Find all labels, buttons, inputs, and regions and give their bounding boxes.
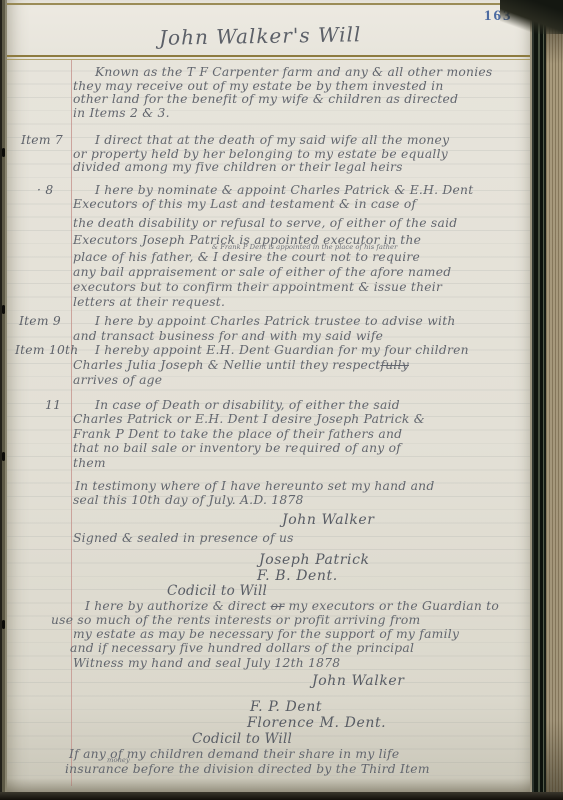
manuscript-line: in Items 2 & 3. <box>73 107 170 119</box>
manuscript-line: In case of Death or disability, of eithe… <box>95 399 400 411</box>
manuscript-line: Witness my hand and seal July 12th 1878 <box>73 657 340 669</box>
page-bottom-shadow <box>7 778 530 792</box>
manuscript-line: other land for the benefit of my wife & … <box>73 93 458 105</box>
witness-signature: F. B. Dent. <box>257 569 338 583</box>
manuscript-line: insurance before the division directed b… <box>65 763 430 775</box>
manuscript-line: Signed & sealed in presence of us <box>73 532 294 544</box>
cover-corner <box>500 0 563 34</box>
manuscript-line: I here by authorize & direct or my execu… <box>85 600 499 612</box>
testator-signature: John Walker <box>312 674 405 688</box>
manuscript-line: Known as the T F Carpenter farm and any … <box>95 66 492 78</box>
manuscript-line: use so much of the rents interests or pr… <box>51 614 420 626</box>
scanned-ledger-photo: John Walker's Will 163 Known as the T F … <box>0 0 563 800</box>
manuscript-line: divided among my five children or their … <box>73 161 403 173</box>
manuscript-line: any bail appraisement or sale of either … <box>73 266 451 278</box>
manuscript-line: I direct that at the death of my said wi… <box>95 134 449 146</box>
manuscript: Known as the T F Carpenter farm and any … <box>7 0 530 792</box>
codicil-heading: Codicil to Will <box>192 733 292 747</box>
manuscript-line: I here by appoint Charles Patrick truste… <box>95 315 456 327</box>
book-left-binding-edge <box>0 0 7 800</box>
manuscript-line: executors but to confirm their appointme… <box>73 281 442 293</box>
manuscript-line: seal this 10th day of July. A.D. 1878 <box>73 494 304 506</box>
manuscript-line: Frank P Dent to take the place of their … <box>73 428 402 440</box>
ledger-page: John Walker's Will 163 Known as the T F … <box>7 0 530 792</box>
witness-signature: Florence M. Dent. <box>247 716 386 730</box>
witness-signature: F. P. Dent <box>250 700 322 714</box>
margin-item-10: Item 10th <box>15 344 78 356</box>
testator-signature: John Walker <box>282 513 375 527</box>
manuscript-line: I here by nominate & appoint Charles Pat… <box>95 184 473 196</box>
margin-item-9: Item 9 <box>19 315 61 327</box>
manuscript-line: Executors of this my Last and testament … <box>73 198 416 210</box>
witness-signature: Joseph Patrick <box>259 553 370 567</box>
margin-item-11: 11 <box>45 399 61 411</box>
manuscript-line: Charles Julia Joseph & Nellie until they… <box>73 359 409 371</box>
book-spine <box>530 0 546 800</box>
manuscript-line: arrives of age <box>73 374 162 386</box>
manuscript-line: my estate as may be necessary for the su… <box>73 628 459 640</box>
margin-item-7: Item 7 <box>21 134 63 146</box>
manuscript-line: In testimony where of I have hereunto se… <box>75 480 434 492</box>
binding-stitches <box>2 0 5 800</box>
manuscript-line: them <box>73 457 106 469</box>
manuscript-line: Charles Patrick or E.H. Dent I desire Jo… <box>73 413 425 425</box>
manuscript-line: the death disability or refusal to serve… <box>73 217 457 229</box>
page-block-edges <box>546 0 563 800</box>
manuscript-line: or property held by her belonging to my … <box>73 148 448 160</box>
manuscript-line: letters at their request. <box>73 296 225 308</box>
manuscript-line: they may receive out of my estate be by … <box>73 80 444 92</box>
book-bottom-edge <box>0 792 563 800</box>
manuscript-line: I hereby appoint E.H. Dent Guardian for … <box>95 344 469 356</box>
manuscript-line: and if necessary five hundred dollars of… <box>70 642 414 654</box>
margin-item-8: · 8 <box>37 184 53 196</box>
codicil-heading: Codicil to Will <box>167 585 267 599</box>
manuscript-line: that no bail sale or inventory be requir… <box>73 442 401 454</box>
manuscript-line: place of his father, & I desire the cour… <box>73 251 420 263</box>
manuscript-line: and transact business for and with my sa… <box>73 330 383 342</box>
